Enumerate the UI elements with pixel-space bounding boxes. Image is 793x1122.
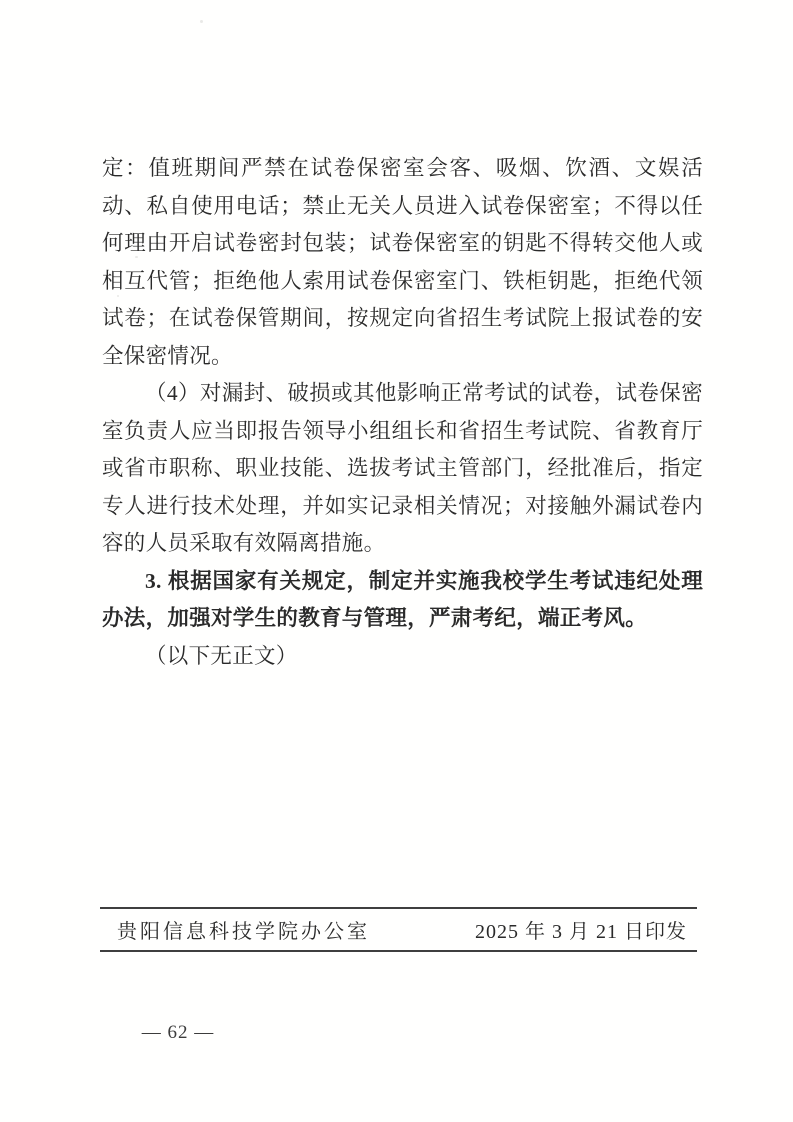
body-paragraph-continuation: 定：值班期间严禁在试卷保密室会客、吸烟、饮酒、文娱活动、私自使用电话；禁止无关人… — [102, 150, 703, 375]
page-number: — 62 — — [140, 1022, 216, 1044]
body-paragraph-item-3: 3. 根据国家有关规定，制定并实施我校学生考试违纪处理办法，加强对学生的教育与管… — [102, 563, 703, 638]
print-date: 2025 年 3 月 21 日印发 — [475, 915, 687, 944]
document-page: 定：值班期间严禁在试卷保密室会客、吸烟、饮酒、文娱活动、私自使用电话；禁止无关人… — [0, 0, 793, 1122]
colophon-block: 贵阳信息科技学院办公室 2025 年 3 月 21 日印发 — [100, 907, 697, 952]
issuing-office: 贵阳信息科技学院办公室 — [117, 915, 370, 944]
body-text: 定：值班期间严禁在试卷保密室会客、吸烟、饮酒、文娱活动、私自使用电话；禁止无关人… — [102, 150, 703, 675]
end-of-text-note: （以下无正文） — [102, 638, 703, 676]
body-paragraph-item-4: （4）对漏封、破损或其他影响正常考试的试卷，试卷保密室负责人应当即报告领导小组组… — [102, 375, 703, 563]
scan-speck — [200, 20, 203, 23]
